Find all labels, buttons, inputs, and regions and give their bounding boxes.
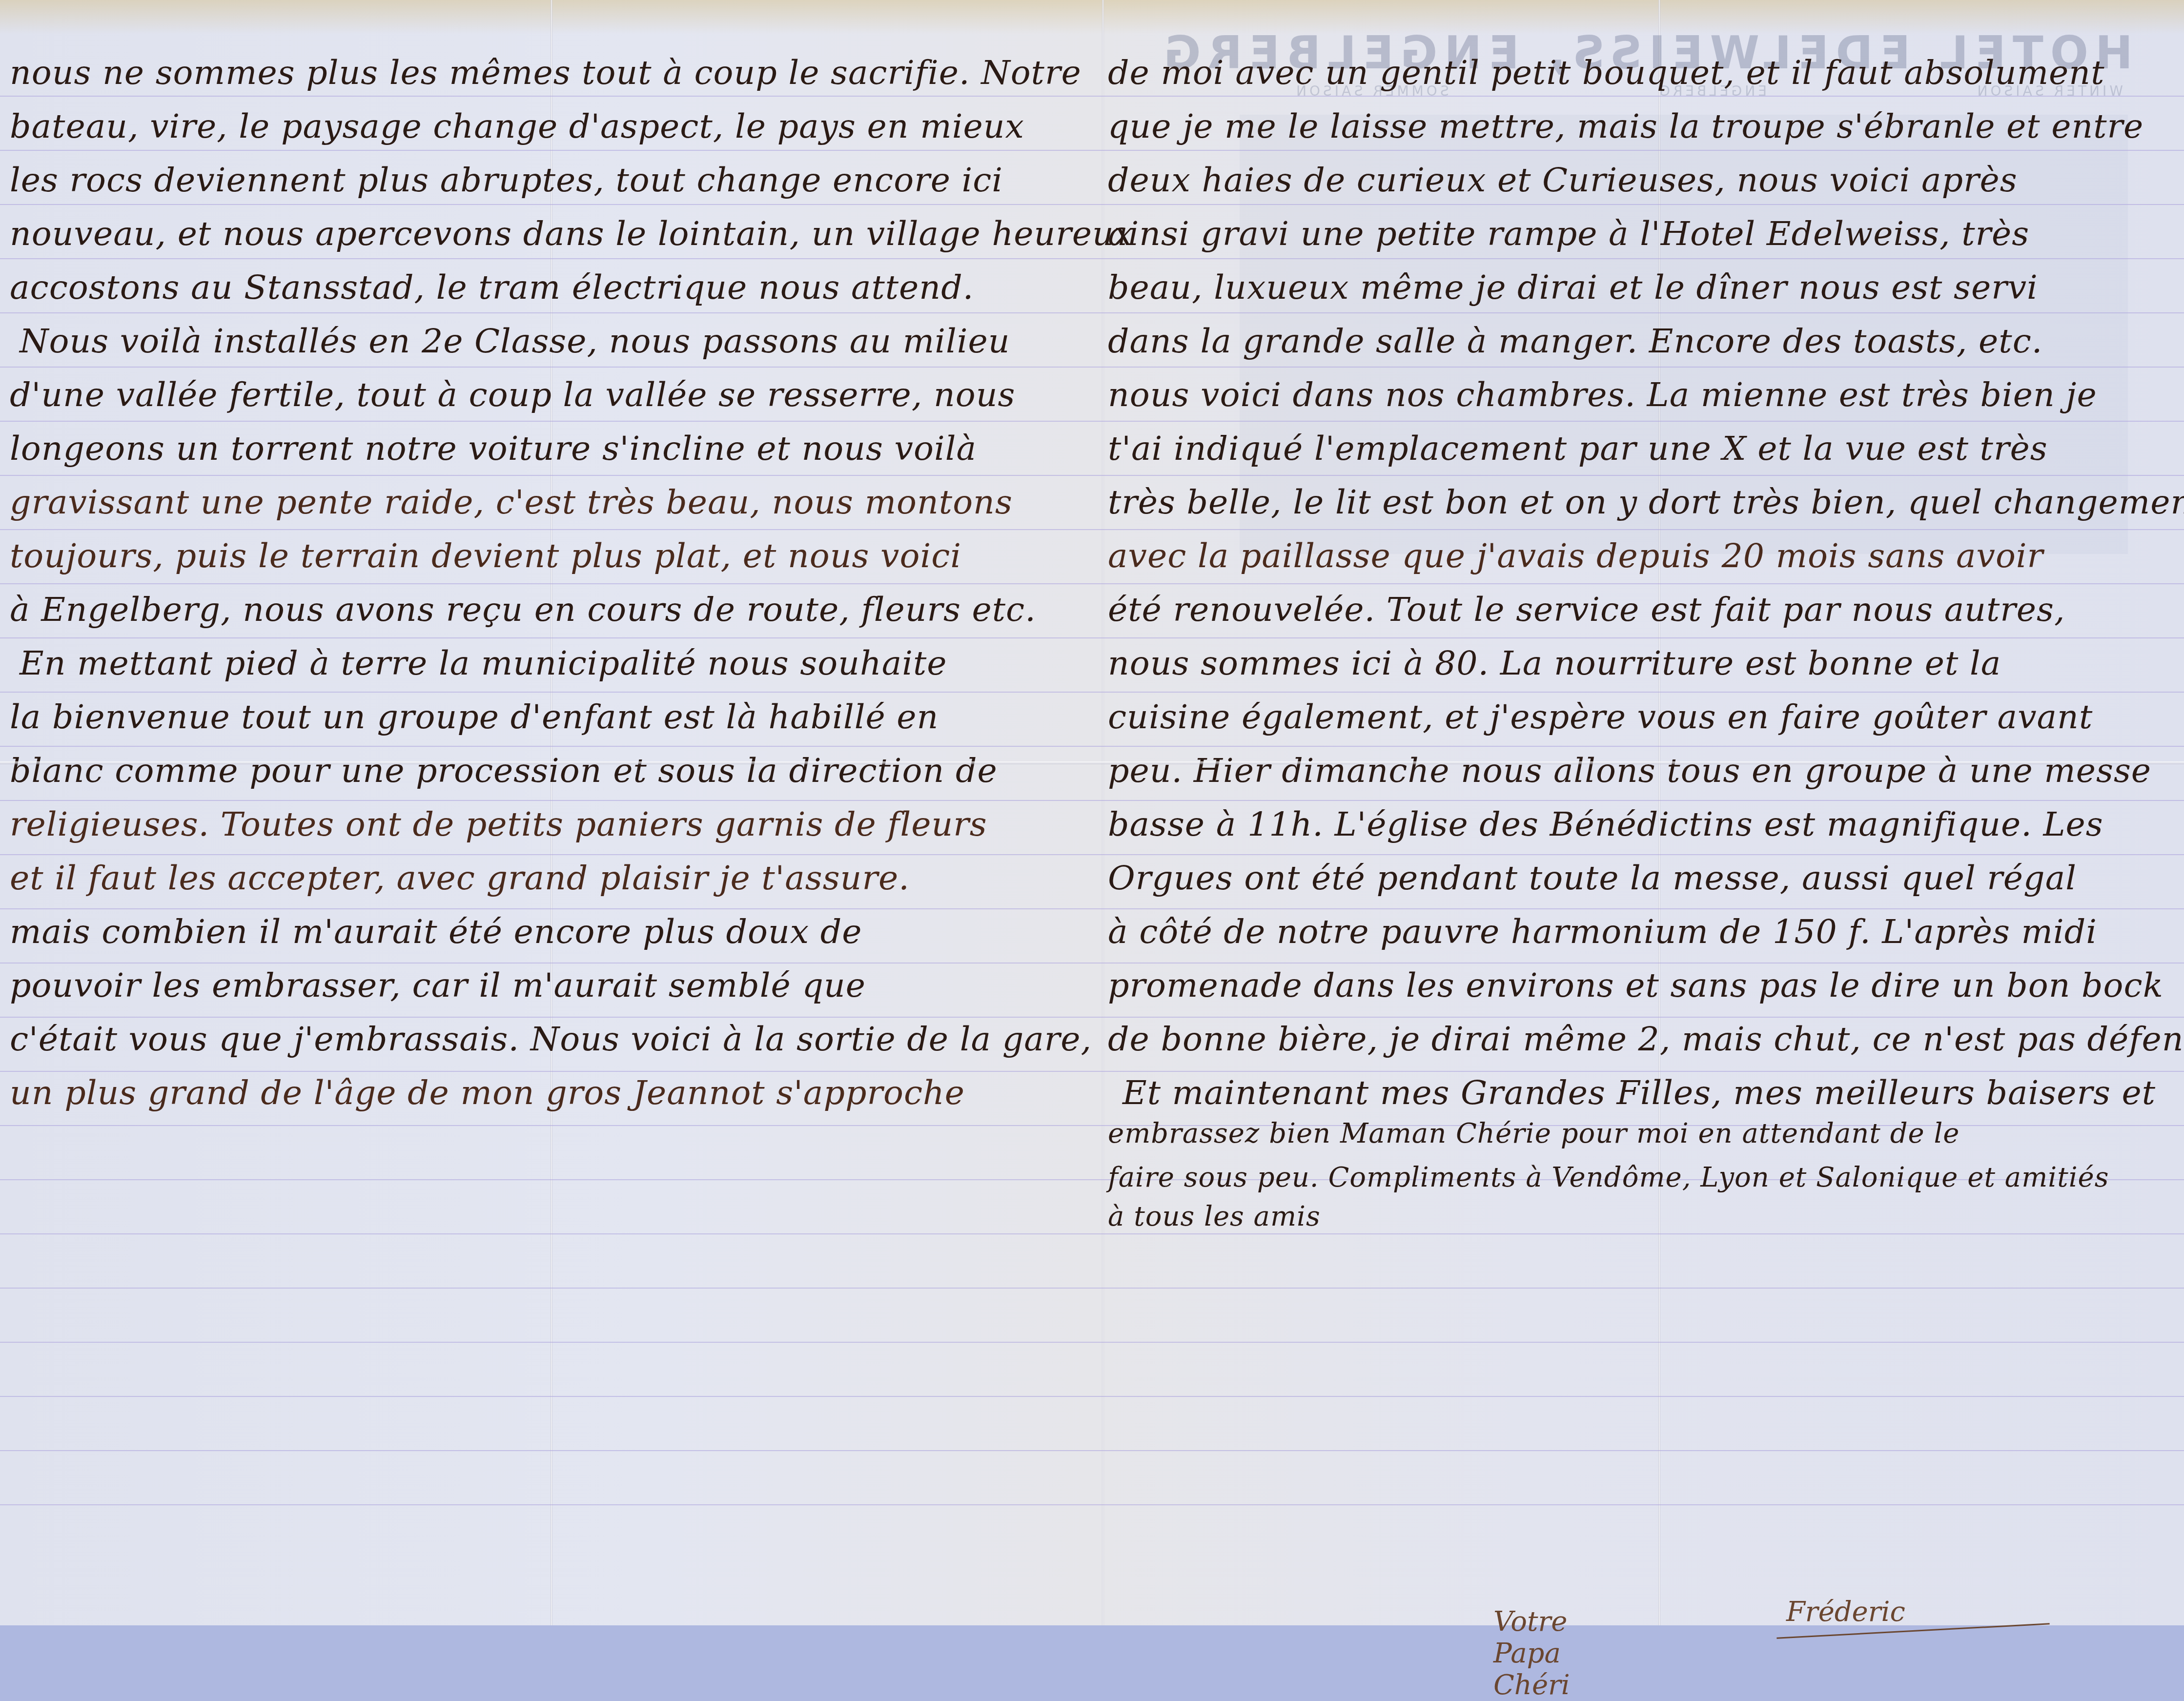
left-line-1: nous ne sommes plus les mêmes tout à cou… [10, 54, 1082, 92]
right-line-23: à tous les amis [1108, 1201, 1321, 1232]
letter-sheet: HOTEL EDELWEISS, ENGELBERG WINTER SAISON… [0, 0, 2184, 1625]
left-line-3: les rocs deviennent plus abruptes, tout … [10, 161, 1003, 200]
left-line-4: nouveau, et nous apercevons dans le loin… [10, 215, 1133, 253]
left-line-6: Nous voilà installés en 2e Classe, nous … [20, 322, 1010, 361]
right-line-10: avec la paillasse que j'avais depuis 20 … [1108, 537, 2043, 575]
right-line-21: embrassez bien Maman Chérie pour moi en … [1108, 1118, 1959, 1149]
right-line-8: t'ai indiqué l'emplacement par une X et … [1108, 430, 2048, 468]
right-line-5: beau, luxueux même je dirai et le dîner … [1108, 268, 2038, 307]
right-line-11: été renouvelée. Tout le service est fait… [1108, 591, 2065, 629]
right-line-9: très belle, le lit est bon et on y dort … [1108, 483, 2184, 522]
right-line-18: promenade dans les environs et sans pas … [1108, 966, 2164, 1005]
left-line-12: En mettant pied à terre la municipalité … [20, 644, 947, 683]
left-line-17: mais combien il m'aurait été encore plus… [10, 913, 862, 951]
right-line-14: peu. Hier dimanche nous allons tous en g… [1108, 752, 2151, 790]
right-line-6: dans la grande salle à manger. Encore de… [1108, 322, 2042, 361]
right-line-19: de bonne bière, je dirai même 2, mais ch… [1108, 1020, 2184, 1059]
right-line-20: Et maintenant mes Grandes Filles, mes me… [1123, 1074, 2156, 1112]
left-line-16: et il faut les accepter, avec grand plai… [10, 859, 910, 898]
left-line-9: gravissant une pente raide, c'est très b… [10, 483, 1013, 522]
right-line-3: deux haies de curieux et Curieuses, nous… [1108, 161, 2018, 200]
left-line-13: la bienvenue tout un groupe d'enfant est… [10, 698, 939, 737]
left-line-7: d'une vallée fertile, tout à coup la val… [10, 376, 1015, 414]
right-line-4: ainsi gravi une petite rampe à l'Hotel E… [1108, 215, 2029, 253]
right-line-7: nous voici dans nos chambres. La mienne … [1108, 376, 2097, 414]
left-line-15: religieuses. Toutes ont de petits panier… [10, 805, 987, 844]
right-line-15: basse à 11h. L'église des Bénédictins es… [1108, 805, 2103, 844]
left-line-18: pouvoir les embrasser, car il m'aurait s… [10, 966, 866, 1005]
left-line-2: bateau, vire, le paysage change d'aspect… [10, 107, 1024, 146]
right-line-16: Orgues ont été pendant toute la messe, a… [1108, 859, 2077, 898]
left-line-20: un plus grand de l'âge de mon gros Jeann… [10, 1074, 965, 1112]
left-line-5: accostons au Stansstad, le tram électriq… [10, 268, 974, 307]
left-line-19: c'était vous que j'embrassais. Nous voic… [10, 1020, 1092, 1059]
left-line-14: blanc comme pour une procession et sous … [10, 752, 998, 790]
closing-text: Votre Papa Chéri [1493, 1606, 1570, 1660]
right-line-12: nous sommes ici à 80. La nourriture est … [1108, 644, 2001, 683]
right-line-13: cuisine également, et j'espère vous en f… [1108, 698, 2093, 737]
left-line-11: à Engelberg, nous avons reçu en cours de… [10, 591, 1036, 629]
left-line-8: longeons un torrent notre voiture s'incl… [10, 430, 977, 468]
right-line-2: que je me le laisse mettre, mais la trou… [1108, 107, 2143, 146]
signature: Fréderic [1786, 1596, 1905, 1628]
right-line-17: à côté de notre pauvre harmonium de 150 … [1108, 913, 2097, 951]
right-line-22: faire sous peu. Compliments à Vendôme, L… [1108, 1162, 2109, 1193]
right-line-1: de moi avec un gentil petit bouquet, et … [1108, 54, 2104, 92]
left-line-10: toujours, puis le terrain devient plus p… [10, 537, 961, 575]
